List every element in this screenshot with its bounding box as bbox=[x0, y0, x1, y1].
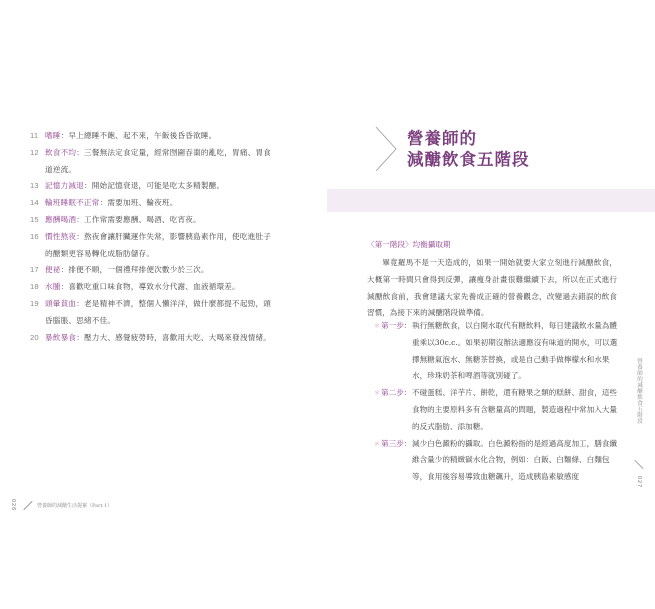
symptom-text: ：熬夜會讓肝臟運作失常，影響胰島素作用，使吃進肚子的醣類更容易轉化成脂肪儲存。 bbox=[45, 232, 271, 258]
symptom-item: 17 便祕：排便不順，一個禮拜排便次數少於三次。 bbox=[30, 262, 275, 279]
symptom-term: 水腫 bbox=[45, 282, 61, 291]
step-list: ＊第一步： 執行無糖飲食，以白開水取代有糖飲料，每日建議飲水量為體重乘以30c.… bbox=[374, 318, 622, 486]
step-item: ＊第一步： 執行無糖飲食，以白開水取代有糖飲料，每日建議飲水量為體重乘以30c.… bbox=[374, 318, 622, 385]
page-number-left: 026 bbox=[10, 499, 16, 511]
slash-divider-icon bbox=[634, 460, 643, 469]
symptom-term: 應酬喝酒 bbox=[45, 215, 76, 224]
symptom-item: 19 頭暈貧血：老是精神不濟，整個人懶洋洋，做什麼都提不起勁，頭昏腦脹、思緒不佳… bbox=[30, 296, 275, 330]
symptom-term: 飲食不均 bbox=[45, 148, 76, 157]
symptom-item: 14 輪班睡眠不正常：需要加班、輪夜班。 bbox=[30, 195, 275, 212]
page-number-right: 027 bbox=[636, 476, 642, 488]
symptom-text: ：早上總睡不飽、起不來，午飯後昏昏欲睡。 bbox=[61, 131, 217, 140]
running-title-right: 營養師的減醣飲食五階段 bbox=[635, 358, 643, 424]
step-label: 第三步： bbox=[381, 439, 411, 448]
symptom-number: 11 bbox=[30, 128, 45, 145]
asterisk-bullet-icon: ＊ bbox=[374, 390, 380, 397]
chevron-right-icon bbox=[375, 126, 397, 172]
symptom-text: ：喜歡吃重口味食物，導致水分代謝、血液循環差。 bbox=[61, 282, 240, 291]
step-label: 第一步： bbox=[381, 321, 411, 330]
running-title-left: 營養師的減醣生活提案（Part 1） bbox=[37, 502, 112, 509]
symptom-item: 16 慣性熬夜：熬夜會讓肝臟運作失常，影響胰島素作用，使吃進肚子的醣類更容易轉化… bbox=[30, 229, 275, 263]
symptom-number: 13 bbox=[30, 178, 45, 195]
left-page: 11 嗜睡：早上總睡不飽、起不來，午飯後昏昏欲睡。 12 飲食不均：三餐無法定食… bbox=[0, 0, 327, 609]
step-text: 不碰蛋糕、洋芋片、餅乾，還有糖果之類的糕餅、甜食，這些食物的主要原料多有含糖量高… bbox=[412, 385, 622, 435]
symptom-number: 14 bbox=[30, 195, 45, 212]
intro-paragraph: 畢竟羅馬不是一天造成的，如果一開始就要大家立刻進行減醣飲食，大概第一時間只會得到… bbox=[367, 255, 617, 322]
step-text: 執行無糖飲食，以白開水取代有糖飲料，每日建議飲水量為體重乘以30c.c.。如果初… bbox=[412, 318, 622, 385]
step-item: ＊第二步： 不碰蛋糕、洋芋片、餅乾，還有糖果之類的糕餅、甜食，這些食物的主要原料… bbox=[374, 385, 622, 435]
right-page: 營養師的 減醣飲食五階段 〈第一階段〉均衡攝取期 畢竟羅馬不是一天造成的，如果一… bbox=[327, 0, 655, 609]
step-text: 減少白色澱粉的攝取。白色澱粉指的是經過高度加工，膳食纖維含量少的精緻碳水化合物，… bbox=[412, 436, 622, 486]
chapter-title-line1: 營養師的 bbox=[407, 128, 530, 149]
chapter-title-line2: 減醣飲食五階段 bbox=[407, 149, 530, 170]
symptom-number: 20 bbox=[30, 330, 45, 347]
step-label: 第二步： bbox=[381, 388, 411, 397]
symptom-list: 11 嗜睡：早上總睡不飽、起不來，午飯後昏昏欲睡。 12 飲食不均：三餐無法定食… bbox=[30, 128, 275, 346]
slash-divider-icon bbox=[23, 500, 32, 509]
symptom-number: 16 bbox=[30, 229, 45, 263]
symptom-term: 暴飲暴食 bbox=[45, 333, 76, 342]
symptom-number: 18 bbox=[30, 279, 45, 296]
asterisk-bullet-icon: ＊ bbox=[374, 441, 380, 448]
symptom-item: 20 暴飲暴食：壓力大、感覺疲勞時，喜歡用大吃、大喝來發洩情緒。 bbox=[30, 330, 275, 347]
book-spread: 11 嗜睡：早上總睡不飽、起不來，午飯後昏昏欲睡。 12 飲食不均：三餐無法定食… bbox=[0, 0, 655, 609]
symptom-text: ：需要加班、輪夜班。 bbox=[100, 198, 178, 207]
symptom-term: 便祕 bbox=[45, 265, 61, 274]
symptom-term: 記憶力減退 bbox=[45, 181, 84, 190]
symptom-item: 13 記憶力減退：開始記憶衰退，可能是吃太多精製醣。 bbox=[30, 178, 275, 195]
symptom-text: ：老是精神不濟，整個人懶洋洋，做什麼都提不起勁，頭昏腦脹、思緒不佳。 bbox=[45, 299, 271, 325]
symptom-text: ：三餐無法定食定量，經常囫圇吞棗的亂吃，胃痛、胃食道逆流。 bbox=[45, 148, 271, 174]
symptom-number: 12 bbox=[30, 145, 45, 179]
chapter-title: 營養師的 減醣飲食五階段 bbox=[407, 128, 530, 170]
symptom-text: ：排便不順，一個禮拜排便次數少於三次。 bbox=[61, 265, 209, 274]
symptom-text: ：工作常需要應酬、喝酒、吃宵夜。 bbox=[76, 215, 201, 224]
symptom-item: 15 應酬喝酒：工作常需要應酬、喝酒、吃宵夜。 bbox=[30, 212, 275, 229]
symptom-term: 輪班睡眠不正常 bbox=[45, 198, 100, 207]
symptom-term: 慣性熬夜 bbox=[45, 232, 76, 241]
symptom-item: 18 水腫：喜歡吃重口味食物，導致水分代謝、血液循環差。 bbox=[30, 279, 275, 296]
symptom-text: ：開始記憶衰退，可能是吃太多精製醣。 bbox=[84, 181, 224, 190]
right-page-side-footer: 營養師的減醣飲食五階段 027 bbox=[631, 348, 647, 518]
step-item: ＊第三步： 減少白色澱粉的攝取。白色澱粉指的是經過高度加工，膳食纖維含量少的精緻… bbox=[374, 436, 622, 486]
stage-heading: 〈第一階段〉均衡攝取期 bbox=[367, 239, 451, 250]
symptom-term: 頭暈貧血 bbox=[45, 299, 76, 308]
symptom-term: 嗜睡 bbox=[45, 131, 61, 140]
symptom-text: ：壓力大、感覺疲勞時，喜歡用大吃、大喝來發洩情緒。 bbox=[76, 333, 271, 342]
asterisk-bullet-icon: ＊ bbox=[374, 323, 380, 330]
symptom-number: 15 bbox=[30, 212, 45, 229]
left-page-footer: 026 營養師的減醣生活提案（Part 1） bbox=[10, 490, 112, 520]
symptom-item: 11 嗜睡：早上總睡不飽、起不來，午飯後昏昏欲睡。 bbox=[30, 128, 275, 145]
symptom-number: 17 bbox=[30, 262, 45, 279]
symptom-number: 19 bbox=[30, 296, 45, 330]
symptom-item: 12 飲食不均：三餐無法定食定量，經常囫圇吞棗的亂吃，胃痛、胃食道逆流。 bbox=[30, 145, 275, 179]
title-band bbox=[327, 189, 655, 212]
